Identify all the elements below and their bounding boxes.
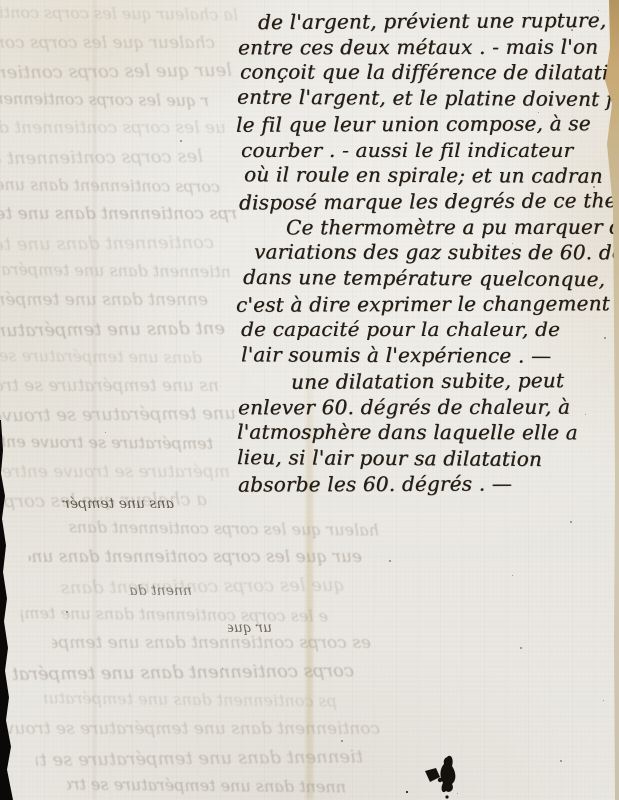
manuscript-line: courber . - aussi le fil indicateur bbox=[241, 137, 573, 163]
manuscript-photo: la chaleur que les corps contiennent dan… bbox=[0, 0, 619, 800]
manuscript-line: disposé marque les degrés de ce thermomè… bbox=[239, 186, 619, 215]
paper-speck bbox=[457, 793, 458, 794]
bleedthrough-line: corps contiennent dans une température s… bbox=[13, 660, 354, 685]
bleedthrough-line: e les corps contiennent dans une tempéra… bbox=[21, 603, 328, 625]
manuscript-line: une dilatation subite, peut bbox=[291, 367, 564, 395]
bleedthrough-line: la chaleur que les corps contiennent dan… bbox=[0, 3, 238, 24]
manuscript-line: Ce thermomètre a pu marquer des bbox=[286, 213, 619, 240]
paper-page: la chaleur que les corps contiennent dan… bbox=[0, 0, 619, 800]
manuscript-line: entre ces deux métaux . - mais l'on bbox=[238, 33, 598, 60]
paper-speck bbox=[222, 668, 223, 669]
paper-speck bbox=[389, 560, 391, 562]
bleedthrough-line: es corps contiennent dans une températur… bbox=[52, 633, 371, 653]
ink-blot bbox=[403, 750, 463, 800]
bleedthrough-line: eur que les corps contiennent dans une t… bbox=[29, 547, 362, 567]
paper-speck bbox=[593, 186, 595, 188]
bleedthrough-line: leur que les corps contiennent dans une … bbox=[0, 60, 232, 83]
manuscript-line: lieu, si l'air pour sa dilatation bbox=[237, 444, 542, 472]
paper-speck bbox=[585, 414, 586, 415]
paper-speck bbox=[277, 156, 278, 157]
bleedthrough-line: haleur que les corps contiennent dans un… bbox=[68, 517, 379, 539]
bleedthrough-line: les corps contiennent dans une températu… bbox=[0, 146, 203, 169]
paper-speck bbox=[571, 29, 573, 31]
paper-speck bbox=[570, 521, 572, 523]
bleedthrough-line: ennent dans une température se trouve en… bbox=[0, 290, 208, 310]
manuscript-line: le fil que leur union compose, à se bbox=[236, 110, 591, 137]
paper-speck bbox=[538, 112, 539, 113]
bleedthrough-smudge: nnent dans une bbox=[128, 583, 192, 599]
bleedthrough-line: mpérature se trouve entre les degrés du … bbox=[0, 462, 230, 482]
manuscript-line: variations des gaz subites de 60. dégs. bbox=[254, 239, 619, 266]
manuscript-line: absorbe les 60. dégrés . — bbox=[238, 470, 512, 497]
manuscript-line: c'est à dire exprimer le changement bbox=[236, 290, 610, 318]
manuscript-line: dans une température quelconque, bbox=[243, 264, 605, 292]
bleedthrough-line: dans une température se trouve entre les… bbox=[0, 346, 202, 367]
manuscript-line: enlever 60. dégrés de chaleur, à bbox=[238, 393, 570, 420]
bleedthrough-line: rps contiennent dans une température se … bbox=[0, 204, 237, 224]
paper-speck bbox=[341, 740, 343, 742]
manuscript-line: l'atmosphère dans laquelle elle a bbox=[237, 419, 578, 446]
paper-speck bbox=[66, 611, 68, 613]
paper-speck bbox=[520, 647, 522, 649]
paper-speck bbox=[512, 243, 513, 244]
bleedthrough-smudge: ans une tempér bbox=[62, 496, 174, 512]
bleedthrough-line: température se trouve entre les degrés d… bbox=[0, 432, 213, 453]
bleedthrough-line: une température se trouve entre les degr… bbox=[0, 403, 236, 426]
bleedthrough-line: tiennent dans une température se trouve … bbox=[36, 746, 363, 770]
paper-speck bbox=[180, 140, 182, 142]
bleedthrough-line: contiennent dans une température se trou… bbox=[0, 232, 214, 255]
bleedthrough-line: r que les corps contiennent dans une tem… bbox=[0, 89, 209, 110]
page-edge bbox=[603, 0, 619, 800]
bleedthrough-smudge: ur que les cor bbox=[228, 620, 272, 636]
paper-speck bbox=[512, 575, 513, 576]
bleedthrough-line: corps contiennent dans une température s… bbox=[0, 174, 220, 195]
manuscript-line: où il roule en spirale; et un cadran bbox=[244, 161, 603, 189]
manuscript-line: de capacité pour la chaleur, de bbox=[241, 316, 560, 342]
manuscript-line: conçoit que la différence de dilatation, bbox=[240, 59, 619, 86]
bleedthrough-line: ue les corps contiennent dans une tempér… bbox=[0, 118, 226, 138]
bleedthrough-line: ns une température se trouve entre les d… bbox=[0, 376, 219, 396]
paper-speck bbox=[604, 337, 606, 339]
bleedthrough-line: chaleur que les corps contiennent dans u… bbox=[0, 33, 215, 53]
paper-speck bbox=[603, 700, 604, 701]
paper-speck bbox=[598, 10, 599, 11]
bleedthrough-line: contiennent dans une température se trou… bbox=[5, 719, 380, 739]
manuscript-line: de l'argent, prévient une rupture, bbox=[258, 7, 606, 35]
paper-speck bbox=[560, 760, 562, 762]
bleedthrough-line: nnent dans une température se trouve ent… bbox=[67, 775, 346, 797]
paper-speck bbox=[105, 432, 106, 433]
bleedthrough-line: que les corps contiennent dans une tempé… bbox=[60, 575, 345, 599]
bleedthrough-line: ps contiennent dans une température se t… bbox=[44, 689, 337, 711]
manuscript-line: entre l'argent, et le platine doivent fo… bbox=[237, 84, 619, 113]
bleedthrough-line: ent dans une température se trouve entre… bbox=[0, 317, 225, 340]
bleedthrough-line: ntiennent dans une température se trouve… bbox=[0, 260, 231, 281]
manuscript-line: l'air soumis à l'expérience . — bbox=[241, 341, 551, 368]
